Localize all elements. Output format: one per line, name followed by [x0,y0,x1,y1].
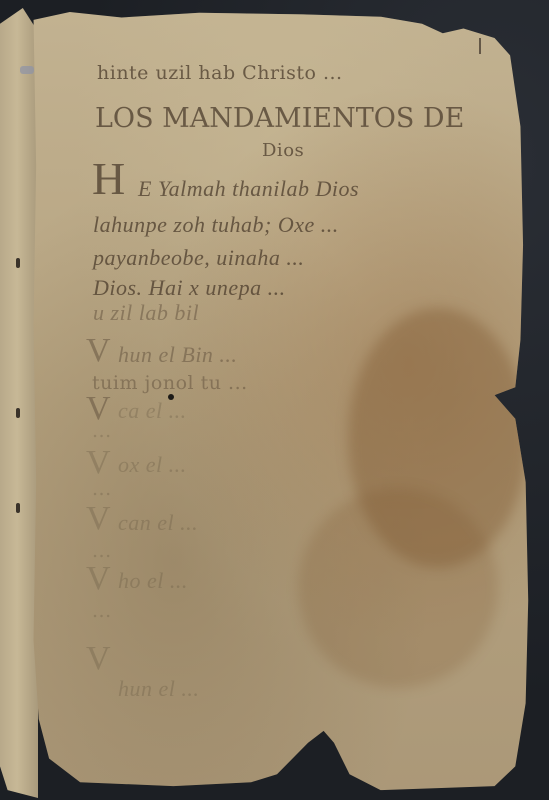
commandment-cap: V [86,560,111,598]
drop-cap: H [92,156,126,202]
text-line: payanbeobe, uinaha ... [93,245,304,271]
commandment-sub: ... [92,420,112,442]
commandment-sub: ... [92,478,112,500]
worm-hole [168,394,174,400]
commandment-cap: V [86,444,111,482]
binding-hole [16,258,20,268]
header-line: hinte uzil hab Christo ... [97,62,343,84]
text-line: lahunpe zoh tuhab; Oxe ... [93,212,339,238]
commandment-text: ho el ... [118,568,188,594]
subtitle: Dios [262,140,304,161]
commandment-text: ox el ... [118,452,187,478]
commandment-cap: V [86,640,111,678]
previous-leaf-binding [0,8,38,798]
commandment-text: hun el ... [118,676,199,702]
binding-hole [16,408,20,418]
commandment-text: hun el Bin ... [118,342,237,368]
commandment-sub: ... [92,600,112,622]
binding-hole [16,503,20,513]
text-line: E Yalmah thanilab Dios [138,176,359,202]
water-stain [298,488,498,688]
commandment-text: ca el ... [118,398,187,424]
text-line: u zil lab bil [93,300,199,326]
blue-ink-mark [20,66,34,74]
commandment-sub: tuim jonol tu ... [92,372,248,394]
text-line: Dios. Hai x unepa ... [93,275,286,301]
commandment-text: can el ... [118,510,198,536]
page-number-mark [479,38,481,54]
title: LOS MANDAMIENTOS DE [95,103,464,134]
commandment-cap: V [86,500,111,538]
commandment-sub: ... [92,540,112,562]
commandment-cap: V [86,332,111,370]
